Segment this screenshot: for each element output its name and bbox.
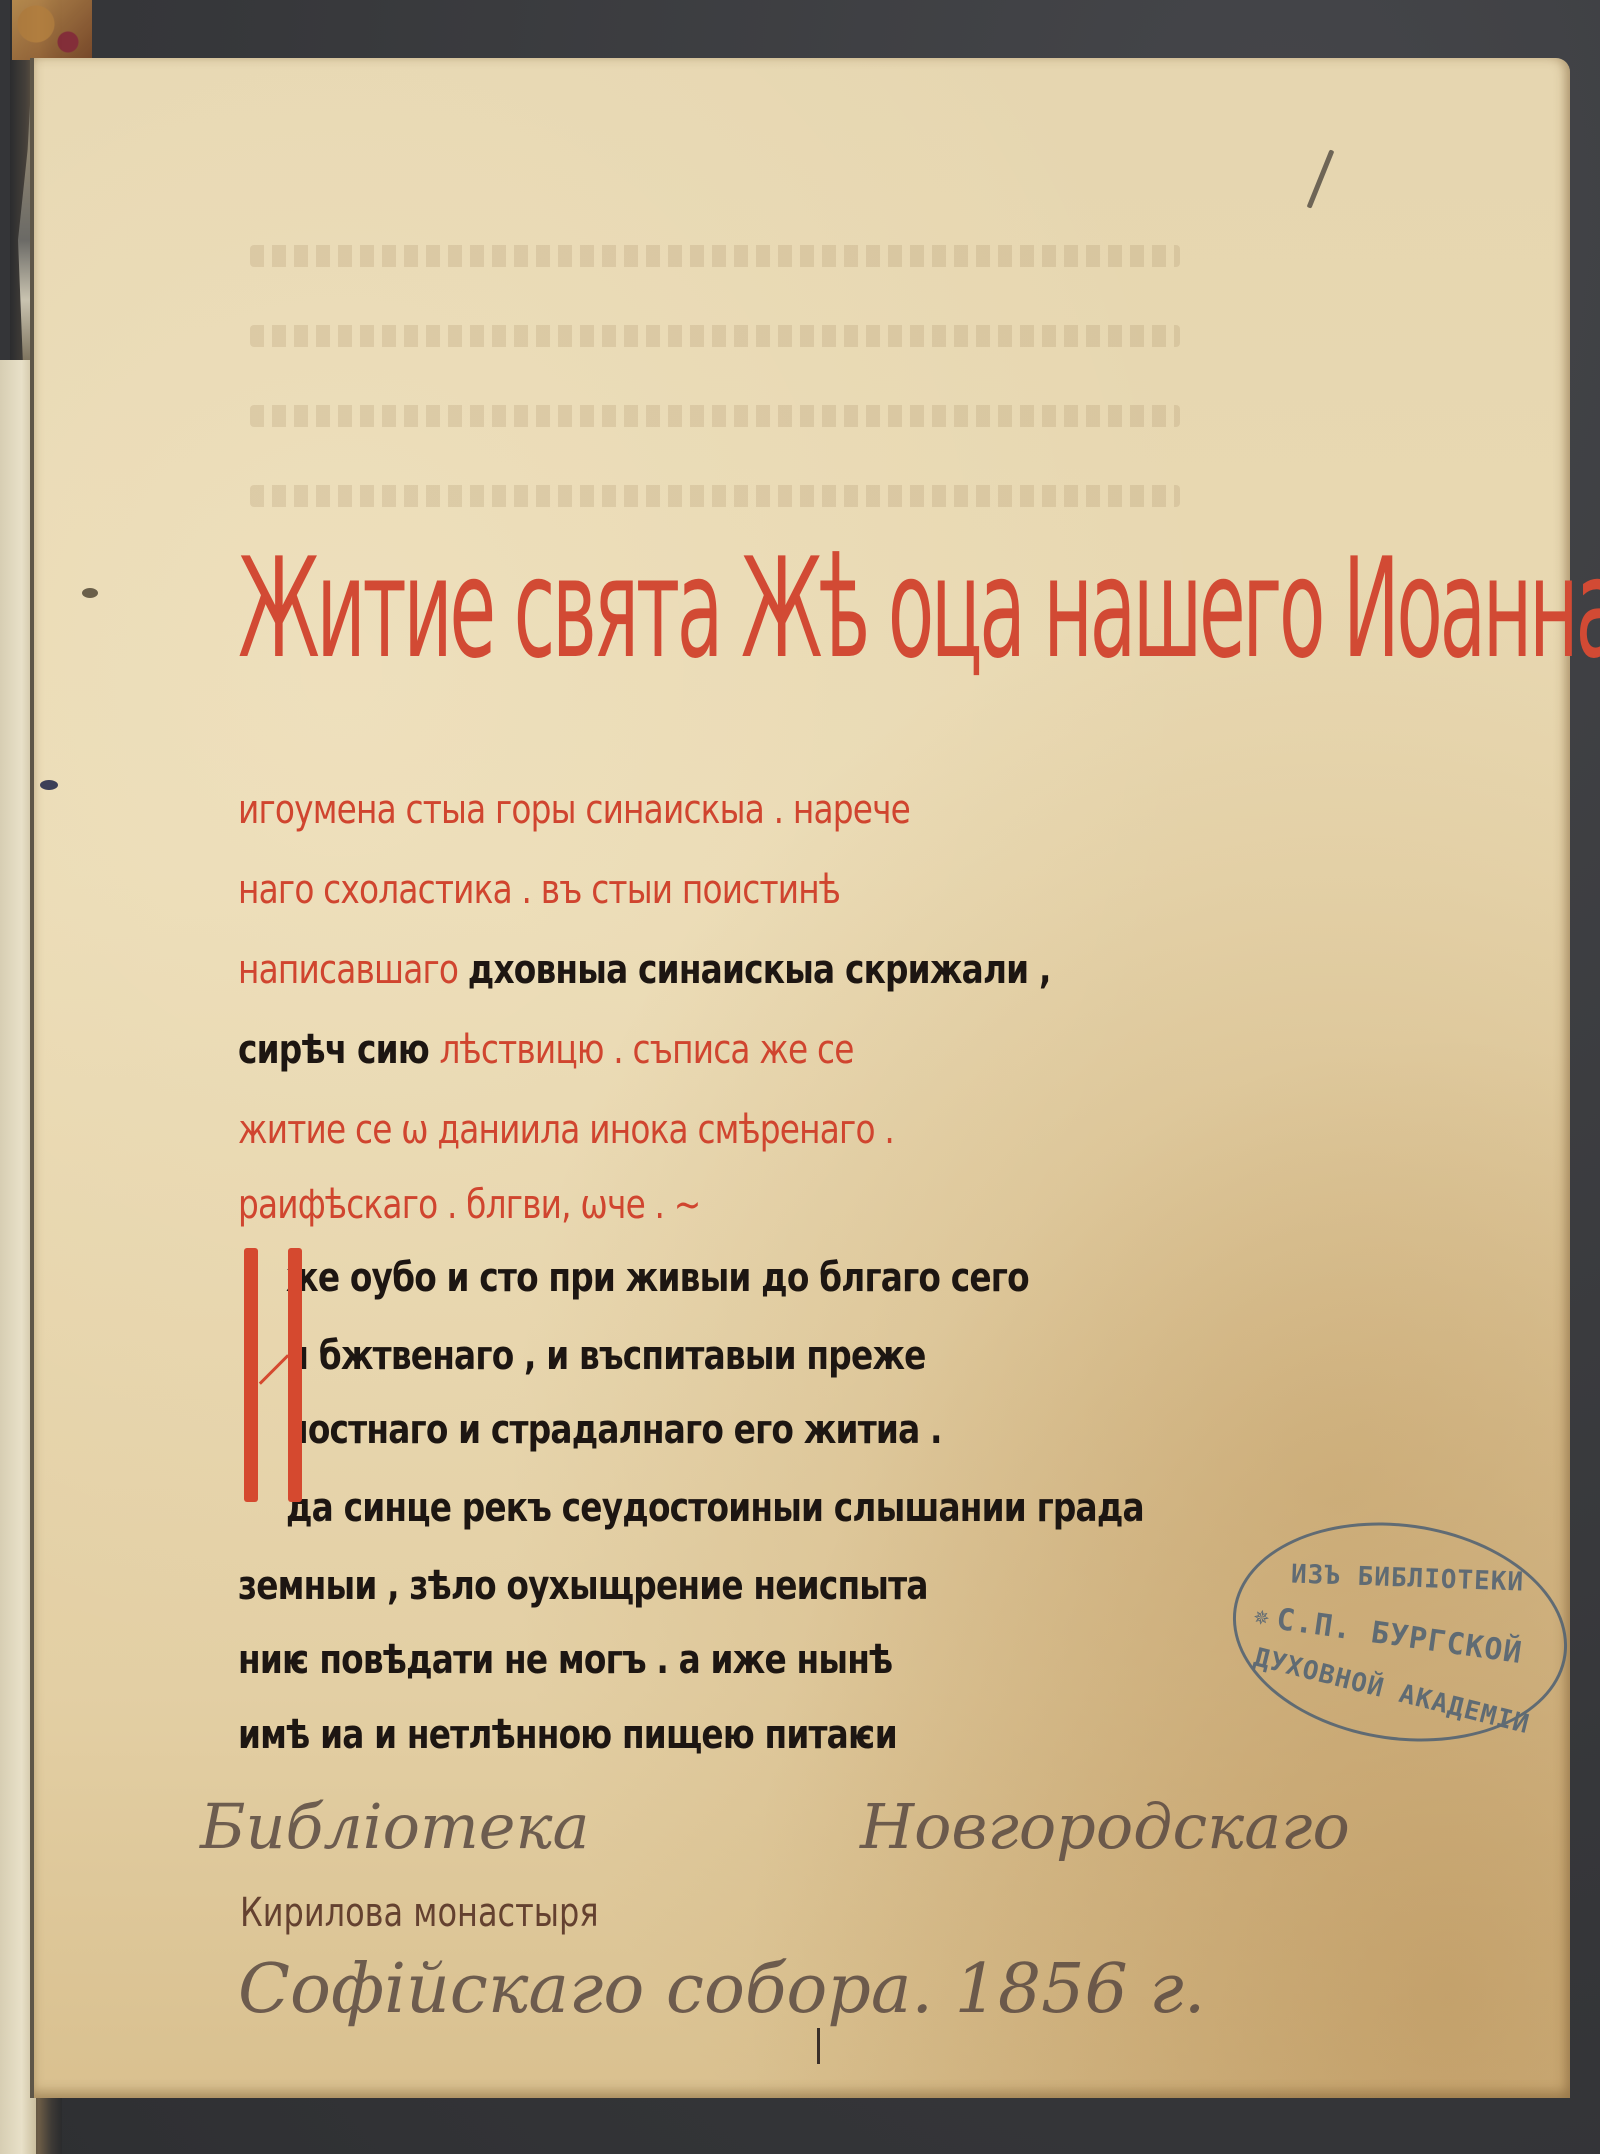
text-line-6: раифѣскаго . блгви, ѡче . ~ (238, 1185, 700, 1225)
text-line-8: и бжтвенаго , и въспитавыи преже (286, 1336, 926, 1376)
text-line-13: имѣ иа и нетлѣнною пищею питаѥи (238, 1715, 897, 1755)
ink-spot (40, 780, 58, 790)
text-line-7: же оубо и сто при живыи до блгаго сего (286, 1258, 1029, 1298)
text-line-10: да синце рекъ сеудостоиныи слышании град… (286, 1488, 1144, 1528)
text-line-1: игоумена стыа горы синаискыа . нарече (238, 790, 910, 830)
illuminated-initial (240, 1248, 310, 1502)
stain-spot (82, 588, 98, 598)
annotation-monastery: Кирилова монастыря (240, 1890, 599, 1936)
text-line-5: житие се ѡ даниила инока смѣренаго . (238, 1110, 894, 1150)
text-line-11: земныи , зѣло оухыщрение неиспыта (238, 1566, 928, 1606)
annotation-cathedral-date: Софійскаго собора. 1856 г. (238, 1950, 1205, 2029)
text-line-9: постнаго и страдалнаго его житиа . (286, 1410, 942, 1450)
annotation-library: Библіотека (200, 1790, 589, 1863)
binding-thread-mark (817, 2028, 820, 2064)
text-line-4: сирѣч сию лѣствицю . съписа же се (238, 1030, 854, 1070)
text-line-2: наго схоластика . въ стыи поистинѣ (238, 870, 840, 910)
binding-floral-fabric (12, 0, 92, 60)
text-line-3: написавшаго дховныа синаискыа скрижали , (238, 950, 1051, 990)
annotation-novgorod: Новгородскаго (860, 1790, 1350, 1863)
text-line-12: ниѥ повѣдати не могъ . а иже нынѣ (238, 1640, 892, 1680)
